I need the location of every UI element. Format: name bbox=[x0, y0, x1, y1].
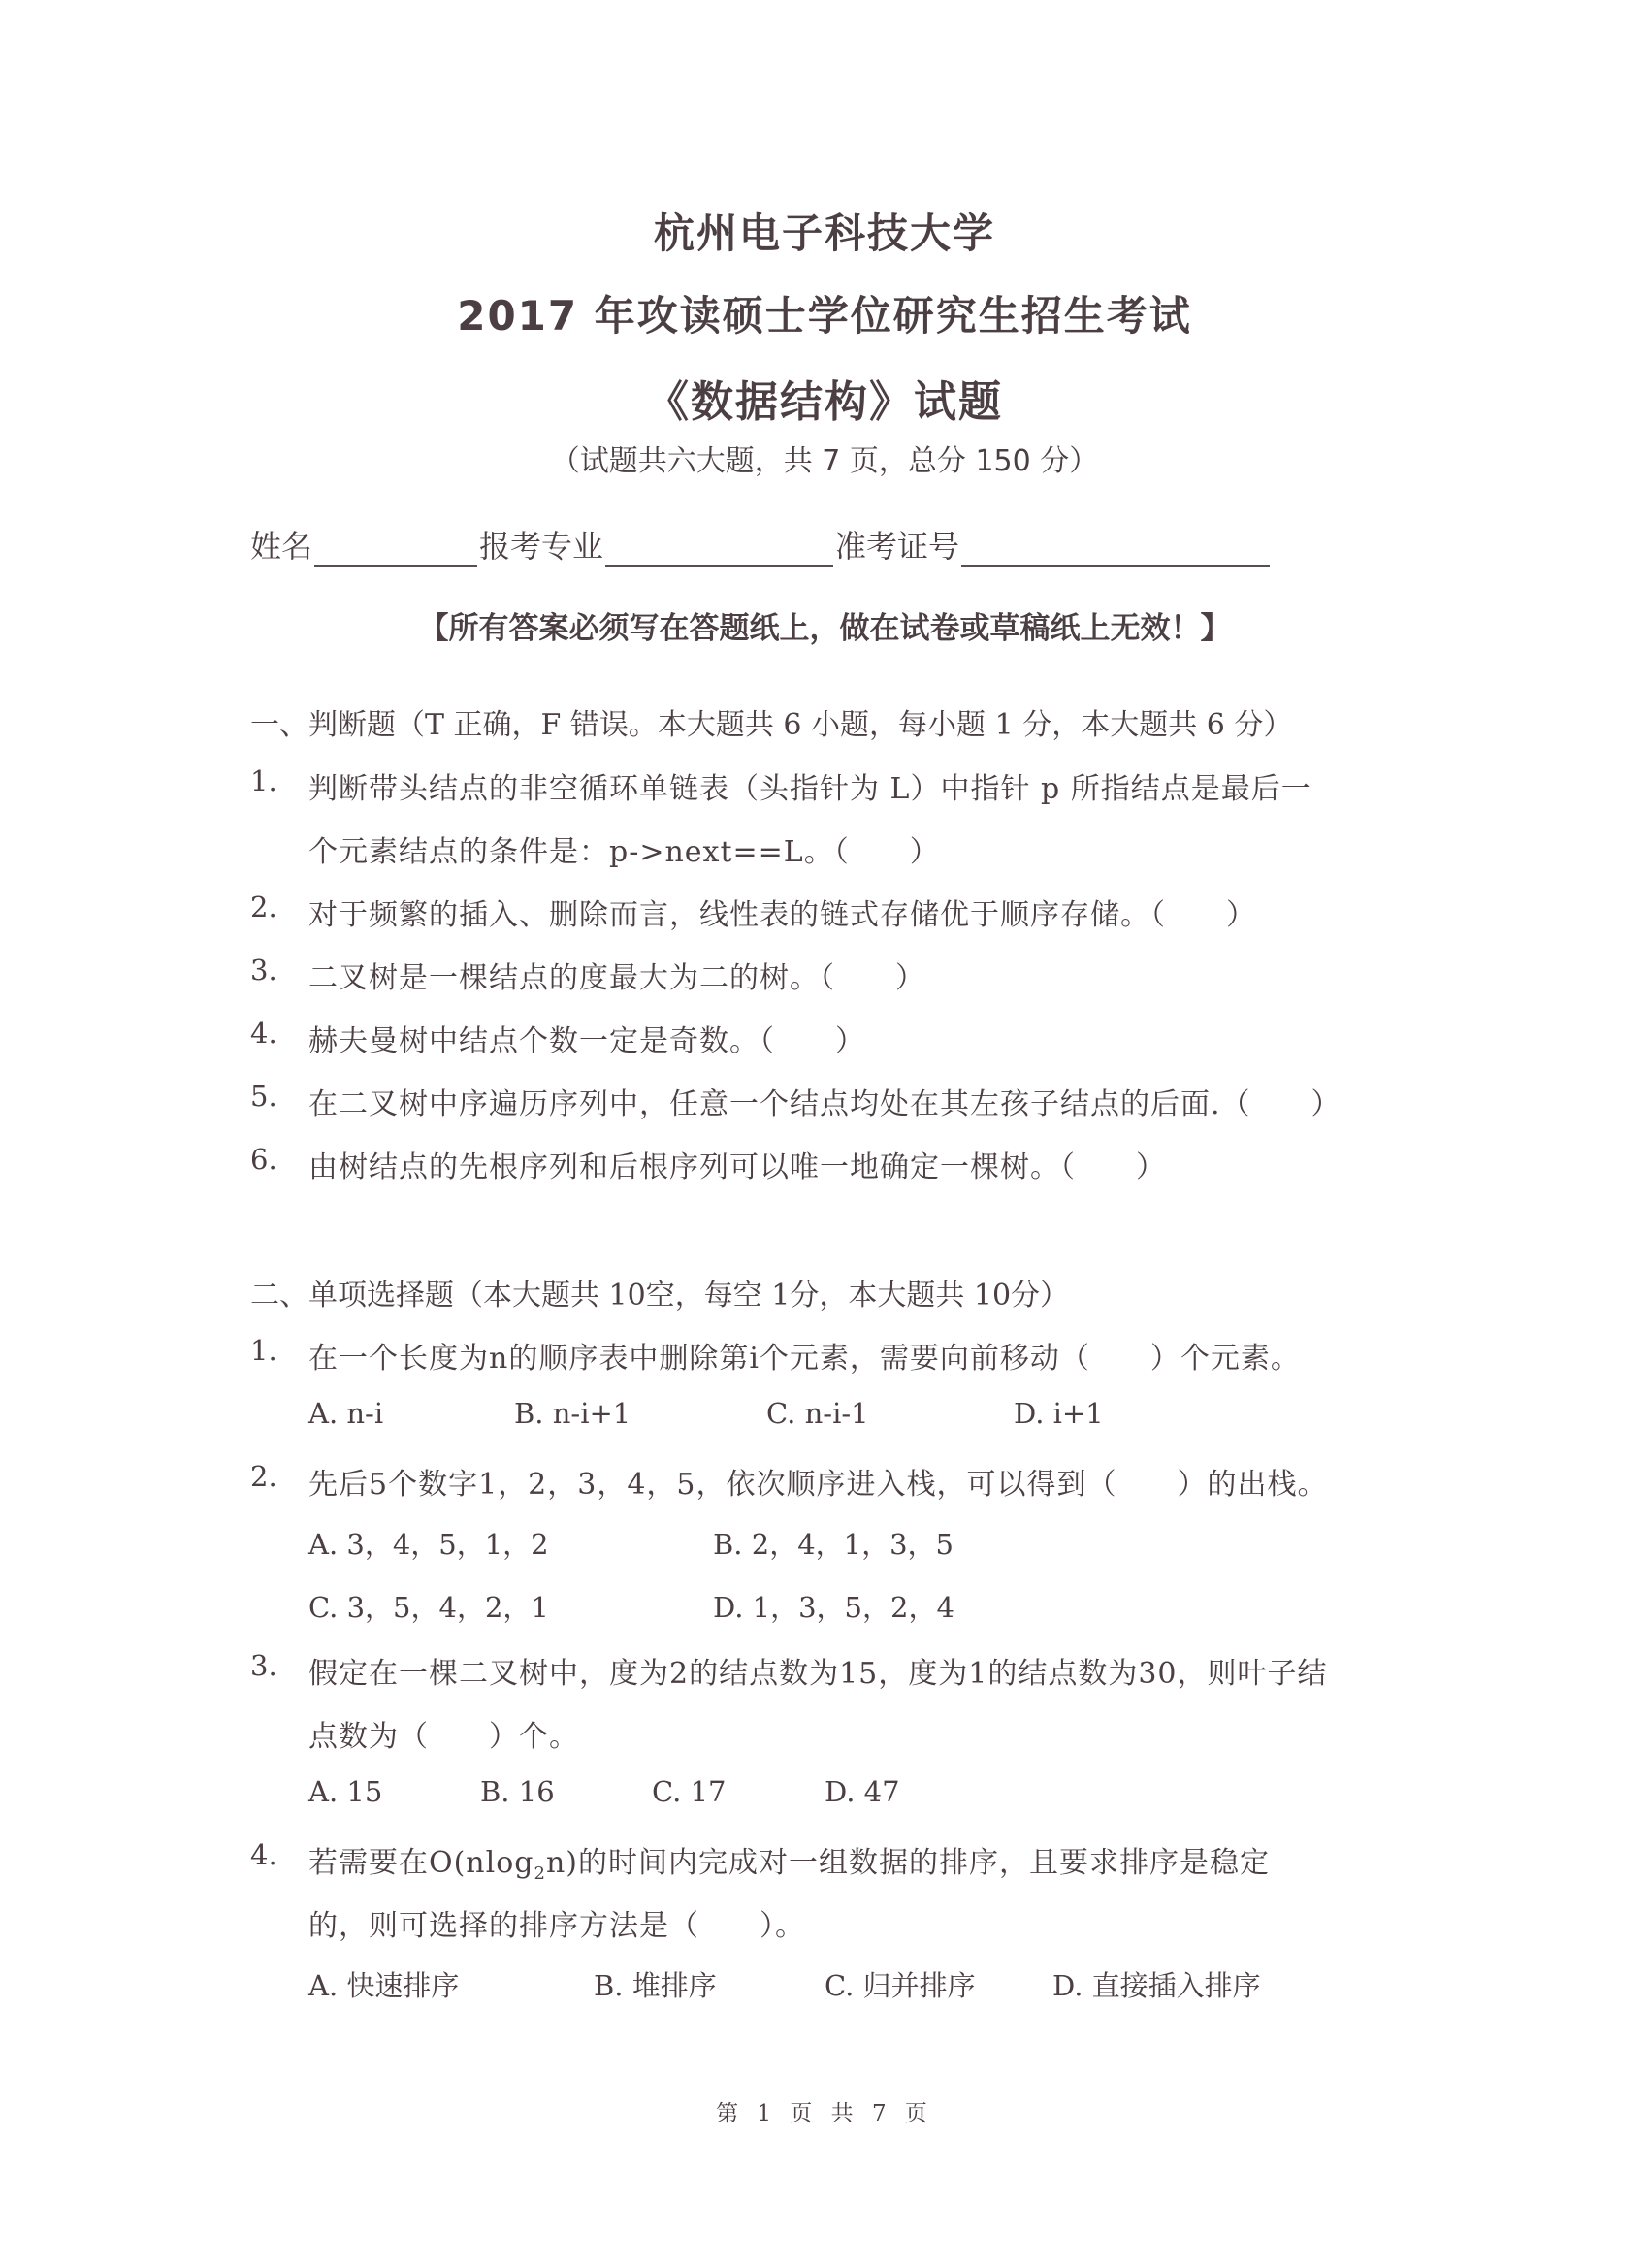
university-name: 杭州电子科技大学 bbox=[0, 202, 1649, 260]
question-number: 4. bbox=[250, 1017, 277, 1050]
option-b: B. 堆排序 bbox=[594, 1964, 717, 2004]
option-c: C. n-i-1 bbox=[766, 1397, 869, 1430]
option-a: A. 15 bbox=[308, 1775, 382, 1808]
option-b: B. 16 bbox=[480, 1775, 555, 1808]
question-text-cont: 个元素结点的条件是：p->next==L。（ ） bbox=[308, 827, 940, 870]
question-text: 由树结点的先根序列和后根序列可以唯一地确定一棵树。（ ） bbox=[308, 1143, 1166, 1185]
ticket-label: 准考证号 bbox=[835, 522, 959, 567]
question-text: 判断带头结点的非空循环单链表（头指针为 L）中指针 p 所指结点是最后一 bbox=[308, 764, 1311, 807]
option-d: D. 1，3，5，2，4 bbox=[713, 1586, 954, 1626]
question-number: 4. bbox=[250, 1838, 277, 1871]
option-a: A. 快速排序 bbox=[308, 1964, 459, 2004]
exam-summary: （试题共六大题，共 7 页，总分 150 分） bbox=[0, 437, 1649, 479]
question-text-post: n)的时间内完成对一组数据的排序，且要求排序是稳定 bbox=[546, 1846, 1270, 1880]
option-a: A. 3，4，5，1，2 bbox=[308, 1523, 549, 1563]
section-title: 二、单项选择题（本大题共 10空，每空 1分，本大题共 10分） bbox=[250, 1271, 1069, 1313]
page-footer: 第 1 页 共 7 页 bbox=[0, 2095, 1649, 2127]
name-label: 姓名 bbox=[250, 522, 312, 567]
major-blank bbox=[605, 535, 833, 567]
option-b: B. n-i+1 bbox=[514, 1397, 630, 1430]
question-number: 1. bbox=[250, 764, 277, 797]
option-c: C. 3，5，4，2，1 bbox=[308, 1586, 549, 1626]
question-text: 若需要在O(nlog2n)的时间内完成对一组数据的排序，且要求排序是稳定 bbox=[308, 1838, 1270, 1884]
option-a: A. n-i bbox=[308, 1397, 383, 1430]
question-text-cont: 点数为（ ）个。 bbox=[308, 1712, 579, 1755]
question-text: 对于频繁的插入、删除而言，线性表的链式存储优于顺序存储。（ ） bbox=[308, 891, 1256, 933]
question-number: 2. bbox=[250, 891, 277, 923]
subject-title: 《数据结构》试题 bbox=[0, 367, 1649, 429]
question-number: 2. bbox=[250, 1460, 277, 1493]
candidate-info-fields: 姓名 报考专业 准考证号 bbox=[250, 522, 1272, 567]
name-blank bbox=[314, 535, 477, 567]
question-text: 二叉树是一棵结点的度最大为二的树。（ ） bbox=[308, 954, 925, 996]
question-text-pre: 若需要在O(nlog bbox=[308, 1846, 533, 1880]
option-c: C. 17 bbox=[652, 1775, 727, 1808]
question-text: 赫夫曼树中结点个数一定是奇数。（ ） bbox=[308, 1017, 865, 1059]
question-text-cont: 的，则可选择的排序方法是（ ）。 bbox=[308, 1901, 805, 1944]
question-number: 1. bbox=[250, 1334, 277, 1367]
ticket-blank bbox=[961, 535, 1270, 567]
question-text: 先后5个数字1，2，3，4，5，依次顺序进入栈，可以得到（ ）的出栈。 bbox=[308, 1460, 1328, 1503]
question-number: 3. bbox=[250, 1649, 277, 1682]
exam-title: 2017 年攻读硕士学位研究生招生考试 bbox=[0, 284, 1649, 342]
option-d: D. i+1 bbox=[1014, 1397, 1104, 1430]
option-d: D. 47 bbox=[824, 1775, 900, 1808]
option-c: C. 归并排序 bbox=[824, 1964, 976, 2004]
question-number: 6. bbox=[250, 1143, 277, 1176]
option-d: D. 直接插入排序 bbox=[1052, 1964, 1261, 2004]
answer-notice: 【所有答案必须写在答题纸上，做在试卷或草稿纸上无效！】 bbox=[0, 603, 1649, 647]
section-title: 一、判断题（T 正确，F 错误。本大题共 6 小题，每小题 1 分，本大题共 6… bbox=[250, 700, 1292, 743]
option-b: B. 2，4，1，3，5 bbox=[713, 1523, 954, 1563]
question-text: 假定在一棵二叉树中，度为2的结点数为15，度为1的结点数为30，则叶子结 bbox=[308, 1649, 1328, 1692]
question-number: 5. bbox=[250, 1080, 277, 1113]
question-number: 3. bbox=[250, 954, 277, 987]
log-base-subscript: 2 bbox=[533, 1863, 545, 1884]
question-text: 在二叉树中序遍历序列中，任意一个结点均处在其左孩子结点的后面.（ ） bbox=[308, 1080, 1342, 1122]
question-text: 在一个长度为n的顺序表中删除第i个元素，需要向前移动（ ）个元素。 bbox=[308, 1334, 1301, 1377]
major-label: 报考专业 bbox=[479, 522, 603, 567]
